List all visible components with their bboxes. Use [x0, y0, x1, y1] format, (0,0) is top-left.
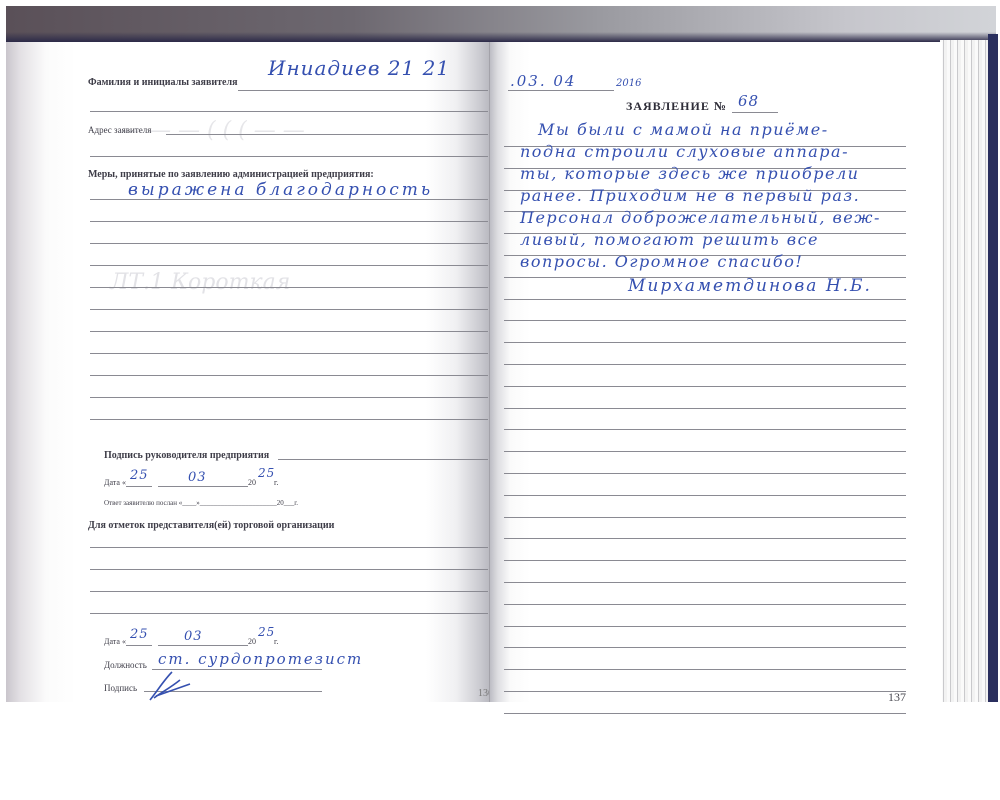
ruled-line: [504, 364, 906, 365]
reply-sent-label: Ответ заявителю послан «____»___________…: [104, 499, 298, 507]
rep-date-day[interactable]: 25: [130, 627, 149, 642]
statement-signature[interactable]: Мирхаметдинова Н.Б.: [628, 276, 872, 296]
statement-body-line: подна строили слуховые аппара-: [520, 142, 849, 161]
ruled-line: [90, 375, 488, 376]
ruled-line: [90, 591, 488, 592]
rep-date-month-line: [158, 645, 248, 646]
manager-date-month[interactable]: 03: [188, 470, 207, 485]
signature-scribble-icon: [146, 668, 196, 702]
ruled-line: [504, 560, 906, 561]
measures-label: Меры, принятые по заявлению администраци…: [88, 169, 374, 180]
ruled-line: [504, 299, 906, 300]
book-cover-top-edge: [6, 6, 996, 42]
statement-year[interactable]: 2016: [616, 78, 641, 89]
ruled-line: [504, 669, 906, 670]
signature-label: Подпись: [104, 683, 137, 693]
ruled-line: [90, 156, 488, 157]
ruled-line: [90, 287, 488, 288]
manager-date-label: Дата «: [104, 478, 126, 487]
ruled-line: [90, 397, 488, 398]
statement-number-line: [732, 112, 778, 113]
ruled-line: [504, 320, 906, 321]
statement-body-line: Мы были с мамой на приёме-: [538, 120, 829, 139]
scanned-journal-spread: — — — ( ( ( — — ЛТ.1 Короткая Фамилия и …: [0, 0, 1000, 702]
rep-date-year-end: г.: [274, 637, 278, 646]
right-page-number: 137: [888, 690, 906, 705]
rep-date-day-line: [126, 645, 152, 646]
applicant-name-label: Фамилия и инициалы заявителя: [88, 77, 237, 88]
ruled-line: [504, 647, 906, 648]
ruled-line: [90, 265, 488, 266]
ruled-line: [504, 473, 906, 474]
ruled-line: [504, 451, 906, 452]
book-cover-right-edge: [988, 34, 998, 702]
ruled-line: [90, 613, 488, 614]
rep-date-year-suffix[interactable]: 25: [258, 625, 275, 639]
ruled-line: [90, 419, 488, 420]
applicant-name-value[interactable]: Иниадиев 21 21: [268, 56, 450, 80]
ruled-line: [504, 713, 906, 714]
ruled-line: [504, 342, 906, 343]
manager-signature-label: Подпись руководителя предприятия: [104, 450, 269, 461]
ruled-line: [504, 386, 906, 387]
ruled-line: [504, 429, 906, 430]
ruled-line: [504, 604, 906, 605]
ruled-line: [90, 569, 488, 570]
statement-body-line: ты, которые здесь же приобрели: [520, 164, 859, 183]
manager-date-month-line: [158, 486, 248, 487]
rep-date-label: Дата «: [104, 637, 126, 646]
rep-date-year-prefix: 20: [248, 637, 256, 646]
applicant-address-line: [166, 134, 488, 135]
manager-date-day-line: [126, 486, 152, 487]
statement-title: ЗАЯВЛЕНИЕ №: [626, 99, 727, 114]
statement-body-line: Персонал доброжелательный, веж-: [520, 208, 881, 227]
manager-date-year-suffix[interactable]: 25: [258, 466, 275, 480]
statement-body-line: ранее. Приходим не в первый раз.: [520, 186, 860, 205]
ruled-line: [504, 626, 906, 627]
manager-date-year-end: г.: [274, 478, 278, 487]
page-stack-edge: [940, 40, 988, 702]
rep-date-month[interactable]: 03: [184, 629, 203, 644]
ruled-line: [90, 243, 488, 244]
ruled-line: [504, 495, 906, 496]
applicant-name-line: [238, 90, 488, 91]
applicant-address-label: Адрес заявителя: [88, 125, 151, 135]
ruled-line: [504, 582, 906, 583]
position-label: Должность: [104, 660, 147, 670]
ruled-line: [90, 199, 488, 200]
ruled-line: [504, 517, 906, 518]
statement-body-line: ливый, помогают решить все: [520, 230, 819, 249]
ruled-line: [90, 353, 488, 354]
bleed-through-text: ЛТ.1 Короткая: [110, 270, 290, 295]
ruled-line: [90, 309, 488, 310]
ruled-line: [504, 691, 906, 692]
ruled-line: [504, 538, 906, 539]
ruled-line: [90, 111, 488, 112]
manager-date-year-prefix: 20: [248, 478, 256, 487]
ruled-line: [90, 547, 488, 548]
statement-date-line: [508, 90, 614, 91]
manager-date-day[interactable]: 25: [130, 468, 149, 483]
measures-value[interactable]: выражена благодарность: [128, 180, 433, 200]
trade-representative-label: Для отметок представителя(ей) торговой о…: [88, 520, 334, 531]
position-value[interactable]: ст. сурдопротезист: [158, 650, 363, 668]
ruled-line: [90, 331, 488, 332]
statement-body-line: вопросы. Огромное спасибо!: [520, 252, 803, 271]
statement-date[interactable]: .03. 04: [510, 72, 576, 90]
ruled-line: [90, 221, 488, 222]
manager-signature-line: [278, 459, 488, 460]
statement-number[interactable]: 68: [738, 92, 759, 110]
ruled-line: [504, 408, 906, 409]
